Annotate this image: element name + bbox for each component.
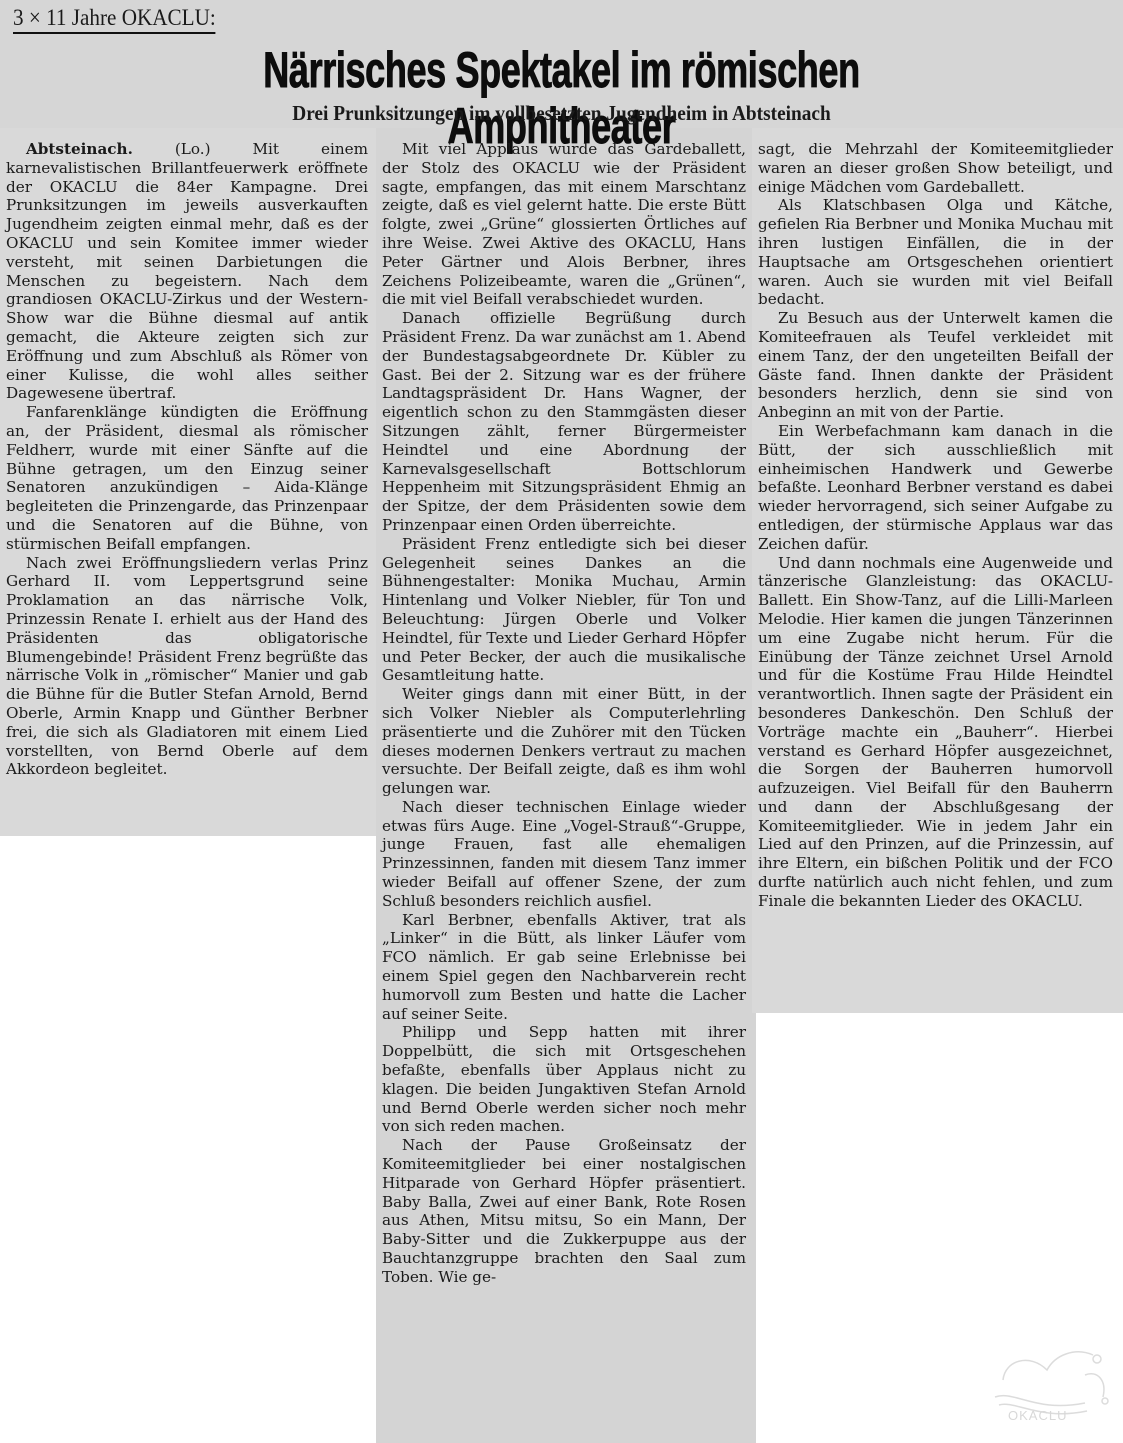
paragraph: Karl Berbner, ebenfalls Aktiver, trat al… [382,911,746,1024]
article-column-2: Mit viel Applaus wurde das Gardeballett,… [382,140,746,1287]
paragraph: Mit viel Applaus wurde das Gardeballett,… [382,140,746,309]
paragraph: Präsident Frenz entledigte sich bei dies… [382,535,746,685]
paragraph: sagt, die Mehrzahl der Komiteemitglieder… [758,140,1113,196]
paragraph: Zu Besuch aus der Unterwelt kamen die Ko… [758,309,1113,422]
article-column-3: sagt, die Mehrzahl der Komiteemitglieder… [758,140,1113,911]
paragraph: Nach dieser technischen Einlage wieder e… [382,798,746,911]
paragraph: Nach zwei Eröffnungsliedern verlas Prinz… [6,554,368,780]
article-column-1: Abtsteinach. (Lo.) Mit einem karnevalist… [6,140,368,779]
paragraph: Nach der Pause Großeinsatz der Komiteemi… [382,1136,746,1286]
paragraph: Und dann nochmals eine Augenweide und tä… [758,554,1113,911]
watermark-text: OKACLU [1008,1408,1067,1423]
paragraph: Abtsteinach. (Lo.) Mit einem karnevalist… [6,140,368,403]
kicker: 3 × 11 Jahre OKACLU: [13,6,216,34]
paragraph: Ein Werbefachmann kam danach in die Bütt… [758,422,1113,554]
paragraph: Weiter gings dann mit einer Bütt, in der… [382,685,746,798]
paragraph: Danach offizielle Begrüßung durch Präsid… [382,309,746,535]
subheadline: Drei Prunksitzungen im vollbesetzten Jug… [45,100,1078,126]
headline: Närrisches Spektakel im römischen Amphit… [157,42,966,154]
dateline: Abtsteinach. [26,140,133,158]
paragraph: Als Klatschbasen Olga und Kätche, gefiel… [758,196,1113,309]
paragraph: Philipp und Sepp hatten mit ihrer Doppel… [382,1023,746,1136]
paragraph: Fanfarenklänge kündigten die Eröffnung a… [6,403,368,553]
